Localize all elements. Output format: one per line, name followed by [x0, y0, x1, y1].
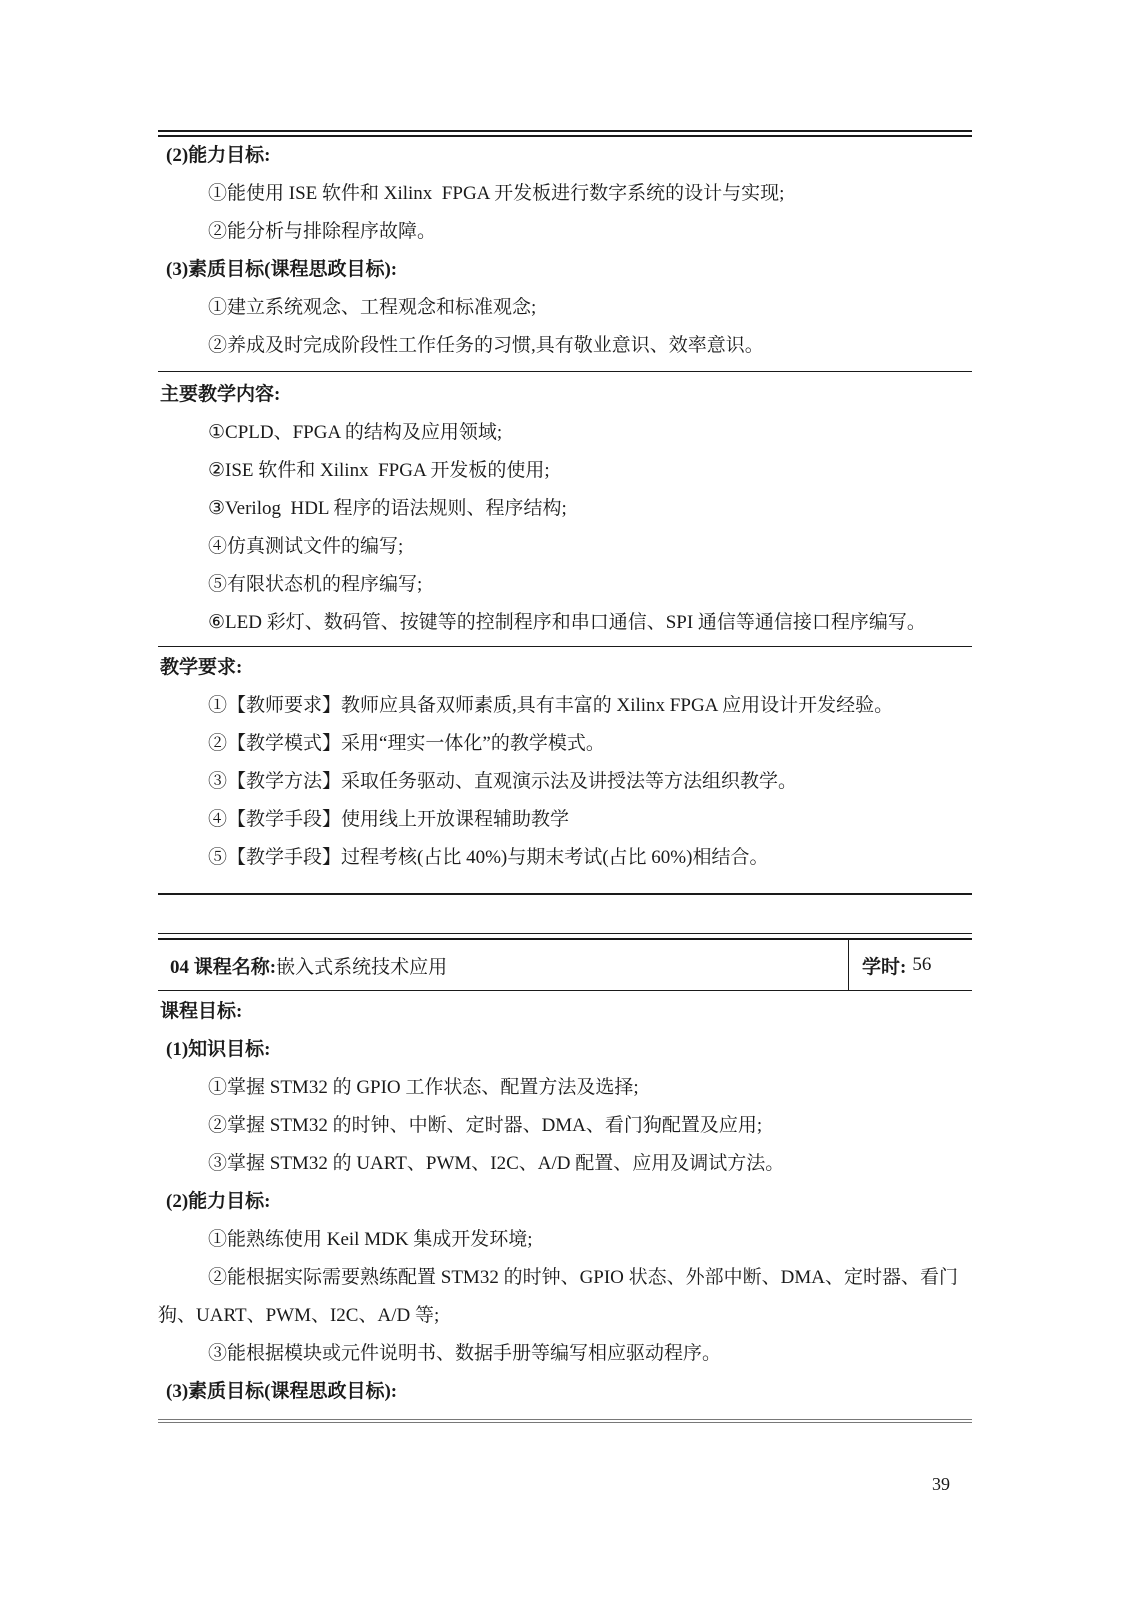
ability-goal-item: ③能根据模块或元件说明书、数据手册等编写相应驱动程序。	[158, 1335, 972, 1373]
ability-goal-item: ②能分析与排除程序故障。	[158, 213, 972, 251]
section-divider	[158, 371, 972, 372]
ability-goal-item: ②能根据实际需要熟练配置 STM32 的时钟、GPIO 状态、外部中断、DMA、…	[158, 1259, 972, 1335]
teaching-content-item: ①CPLD、FPGA 的结构及应用领域;	[158, 414, 972, 452]
course-name-cell: 04 课程名称:嵌入式系统技术应用	[158, 940, 848, 990]
ability-goal-item: ①能使用 ISE 软件和 Xilinx FPGA 开发板进行数字系统的设计与实现…	[158, 175, 972, 213]
knowledge-goal-item: ②掌握 STM32 的时钟、中断、定时器、DMA、看门狗配置及应用;	[158, 1107, 972, 1145]
teaching-content-heading: 主要教学内容:	[158, 376, 972, 414]
course-table-top-border	[158, 933, 972, 940]
ability-goals-heading: (2)能力目标:	[158, 1183, 972, 1221]
page-bottom-divider	[158, 1419, 972, 1423]
course-hours-cell: 学时:56	[848, 940, 972, 990]
quality-goals-heading: (3)素质目标(课程思政目标):	[158, 251, 972, 289]
knowledge-goal-item: ③掌握 STM32 的 UART、PWM、I2C、A/D 配置、应用及调试方法。	[158, 1145, 972, 1183]
teaching-content-item: ②ISE 软件和 Xilinx FPGA 开发板的使用;	[158, 452, 972, 490]
teaching-requirement-item: ⑤【教学手段】过程考核(占比 40%)与期末考试(占比 60%)相结合。	[158, 839, 972, 877]
knowledge-goal-item: ①掌握 STM32 的 GPIO 工作状态、配置方法及选择;	[158, 1069, 972, 1107]
teaching-requirement-item: ①【教师要求】教师应具备双师素质,具有丰富的 Xilinx FPGA 应用设计开…	[158, 687, 972, 725]
quality-goals-heading: (3)素质目标(课程思政目标):	[158, 1373, 972, 1411]
ability-goals-heading: (2)能力目标:	[158, 137, 972, 175]
table-bottom-border	[158, 893, 972, 895]
knowledge-goals-heading: (1)知识目标:	[158, 1031, 972, 1069]
teaching-content-item: ⑥LED 彩灯、数码管、按键等的控制程序和串口通信、SPI 通信等通信接口程序编…	[158, 604, 972, 642]
quality-goal-item: ②养成及时完成阶段性工作任务的习惯,具有敬业意识、效率意识。	[158, 327, 972, 365]
document-page: (2)能力目标: ①能使用 ISE 软件和 Xilinx FPGA 开发板进行数…	[0, 0, 1131, 1600]
teaching-requirement-item: ②【教学模式】采用“理实一体化”的教学模式。	[158, 725, 972, 763]
teaching-requirement-item: ④【教学手段】使用线上开放课程辅助教学	[158, 801, 972, 839]
teaching-content-item: ③Verilog HDL 程序的语法规则、程序结构;	[158, 490, 972, 528]
page-number: 39	[932, 1474, 950, 1495]
course-number-label: 04 课程名称:	[170, 952, 276, 979]
course-goals-heading: 课程目标:	[158, 993, 972, 1031]
teaching-requirement-item: ③【教学方法】采取任务驱动、直观演示法及讲授法等方法组织教学。	[158, 763, 972, 801]
teaching-content-item: ④仿真测试文件的编写;	[158, 528, 972, 566]
hours-label: 学时:	[862, 952, 906, 979]
section-divider	[158, 646, 972, 647]
course-name: 嵌入式系统技术应用	[276, 952, 447, 979]
course-title-row: 04 课程名称:嵌入式系统技术应用 学时:56	[158, 940, 972, 991]
teaching-requirements-heading: 教学要求:	[158, 649, 972, 687]
hours-value: 56	[912, 954, 931, 976]
ability-goal-item: ①能熟练使用 Keil MDK 集成开发环境;	[158, 1221, 972, 1259]
table-continuation-top-border	[158, 130, 972, 137]
teaching-content-item: ⑤有限状态机的程序编写;	[158, 566, 972, 604]
page-content: (2)能力目标: ①能使用 ISE 软件和 Xilinx FPGA 开发板进行数…	[158, 0, 972, 1423]
quality-goal-item: ①建立系统观念、工程观念和标准观念;	[158, 289, 972, 327]
